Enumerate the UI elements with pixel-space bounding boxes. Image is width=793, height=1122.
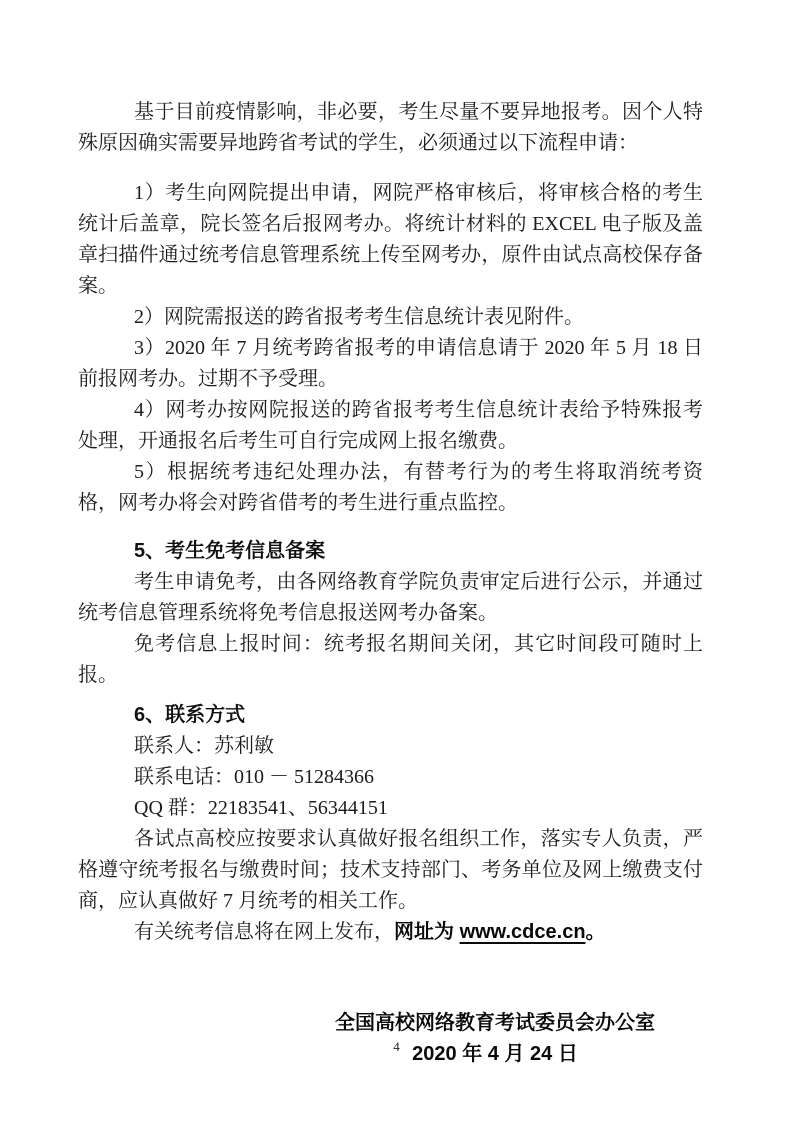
closing-paragraph: 有关统考信息将在网上发布，网址为 www.cdce.cn。: [78, 917, 703, 948]
qq-groups-line: QQ 群：22183541、56344151: [78, 793, 703, 824]
contact-name-line: 联系人：苏利敏: [78, 731, 703, 762]
contact-phone-line: 联系电话：010 － 51284366: [78, 762, 703, 793]
website-link[interactable]: www.cdce.cn: [460, 921, 586, 943]
closing-url-label: 网址为: [394, 921, 460, 943]
list-item-5: 5）根据统考违纪处理办法，有替考行为的考生将取消统考资格，网考办将会对跨省借考的…: [78, 457, 703, 519]
closing-period: 。: [586, 921, 606, 943]
closing-text: 有关统考信息将在网上发布，: [134, 921, 394, 943]
list-item-2: 2）网院需报送的跨省报考考生信息统计表见附件。: [78, 302, 703, 333]
section-5-heading: 5、考生免考信息备案: [78, 536, 703, 567]
document-content: 基于目前疫情影响，非必要，考生尽量不要异地报考。因个人特殊原因确实需要异地跨省考…: [78, 97, 703, 1070]
list-item-3: 3）2020 年 7 月统考跨省报考的申请信息请于 2020 年 5 月 18 …: [78, 333, 703, 395]
page-number: 4: [393, 1039, 400, 1054]
section-5-paragraph: 考生申请免考，由各网络教育学院负责审定后进行公示，并通过统考信息管理系统将免考信…: [78, 567, 703, 629]
signature-organization: 全国高校网络教育考试委员会办公室: [335, 1008, 655, 1039]
list-item-4: 4）网考办按网院报送的跨省报考考生信息统计表给予特殊报考处理，开通报名后考生可自…: [78, 395, 703, 457]
page-footer: 4: [0, 1038, 793, 1056]
list-item-1: 1）考生向网院提出申请，网院严格审核后，将审核合格的考生统计后盖章，院长签名后报…: [78, 178, 703, 302]
section-5-deadline-line: 免考信息上报时间：统考报名期间关闭，其它时间段可随时上报。: [78, 629, 703, 691]
section-6-heading: 6、联系方式: [78, 700, 703, 731]
intro-paragraph: 基于目前疫情影响，非必要，考生尽量不要异地报考。因个人特殊原因确实需要异地跨省考…: [78, 97, 703, 159]
document-page: 基于目前疫情影响，非必要，考生尽量不要异地报考。因个人特殊原因确实需要异地跨省考…: [0, 0, 793, 1122]
notice-paragraph: 各试点高校应按要求认真做好报名组织工作，落实专人负责，严格遵守统考报名与缴费时间…: [78, 824, 703, 917]
